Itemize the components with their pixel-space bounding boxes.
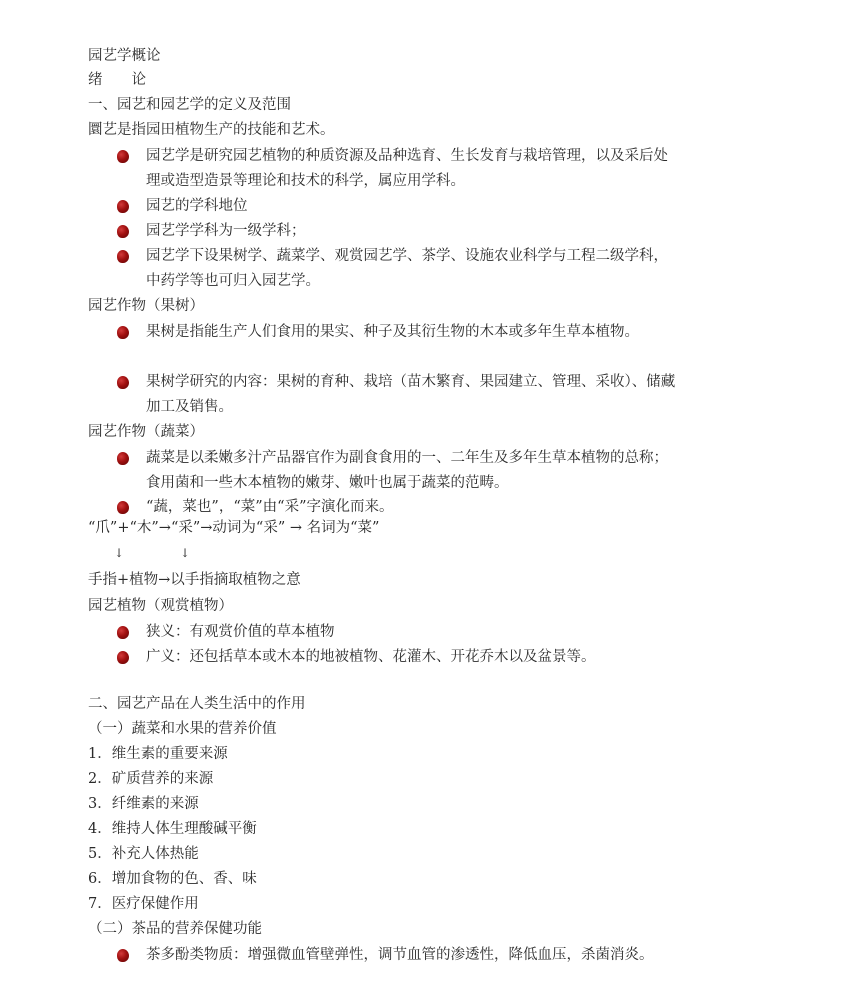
numbered-item: 6．增加食物的色、香、味	[88, 869, 257, 889]
bullet-icon	[117, 200, 129, 213]
subsection2-heading: （二）茶品的营养保健功能	[88, 919, 262, 939]
bullet-icon	[117, 150, 129, 163]
section2-heading: 二、园艺产品在人类生活中的作用	[88, 694, 306, 714]
bullet-text: 果树学研究的内容：果树的育种、栽培（苗木繁育、果园建立、管理、采收）、储藏	[146, 370, 675, 395]
bullet-icon	[117, 501, 129, 514]
bullet-text: 园艺学学科为一级学科；	[146, 219, 306, 244]
bullet-text: 果树是指能生产人们食用的果实、种子及其衍生物的木本或多年生草本植物。	[146, 320, 639, 345]
numbered-item: 7．医疗保健作用	[88, 894, 199, 914]
numbered-item: 1．维生素的重要来源	[88, 744, 228, 764]
document-title: 园艺学概论	[88, 46, 161, 66]
numbered-item: 5．补充人体热能	[88, 844, 199, 864]
bullet-icon	[117, 949, 129, 962]
etymology-line-2: 手指+植物→以手指摘取植物之意	[88, 570, 301, 590]
bullet-icon	[117, 250, 129, 263]
bullet-text: 理或造型造景等理论和技术的科学，属应用学科。	[146, 169, 668, 194]
bullet-text: “蔬，菜也”，“菜”由“采”字演化而来。	[146, 495, 393, 520]
bullet-icon	[117, 452, 129, 465]
bullet-text: 加工及销售。	[146, 395, 675, 420]
bullet-icon	[117, 225, 129, 238]
bullet-icon	[117, 626, 129, 639]
bullet-icon	[117, 651, 129, 664]
document-subtitle: 绪 论	[88, 70, 146, 90]
subsection1-heading: （一）蔬菜和水果的营养价值	[88, 719, 277, 739]
etymology-line-1: “爪”+“木”→“采”→动词为“采” → 名词为“菜”	[88, 518, 379, 538]
arrow-down-icon: ↓	[114, 546, 124, 560]
definition-text: 圜艺是指园田植物生产的技能和艺术。	[88, 120, 335, 140]
bullet-text: 园艺的学科地位	[146, 194, 248, 219]
bullet-text: 园艺学下设果树学、蔬菜学、观赏园艺学、茶学、设施农业科学与工程二级学科，	[146, 244, 668, 269]
bullet-text: 蔬菜是以柔嫩多汁产品器官作为副食食用的一、二年生及多年生草本植物的总称；	[146, 446, 668, 471]
bullet-icon	[117, 326, 129, 339]
ornamental-heading: 园艺植物（观赏植物）	[88, 596, 233, 616]
fruit-heading: 园艺作物（果树）	[88, 296, 204, 316]
vegetable-heading: 园艺作物（蔬菜）	[88, 422, 204, 442]
bullet-text: 广义：还包括草本或木本的地被植物、花灌木、开花乔木以及盆景等。	[146, 645, 596, 670]
bullet-text: 狭义：有观赏价值的草本植物	[146, 620, 335, 645]
bullet-text: 中药学等也可归入园艺学。	[146, 269, 668, 294]
numbered-item: 2．矿质营养的来源	[88, 769, 213, 789]
numbered-item: 4．维持人体生理酸碱平衡	[88, 819, 257, 839]
bullet-text: 园艺学是研究园艺植物的种质资源及品种选育、生长发育与栽培管理，以及采后处	[146, 144, 668, 169]
numbered-item: 3．纤维素的来源	[88, 794, 199, 814]
bullet-text: 食用菌和一些木本植物的嫩芽、嫩叶也属于蔬菜的范畴。	[146, 471, 668, 496]
section1-heading: 一、园艺和园艺学的定义及范围	[88, 95, 291, 115]
bullet-text: 茶多酚类物质：增强微血管壁弹性，调节血管的渗透性，降低血压，杀菌消炎。	[146, 943, 654, 968]
bullet-icon	[117, 376, 129, 389]
arrow-down-icon: ↓	[180, 546, 190, 560]
